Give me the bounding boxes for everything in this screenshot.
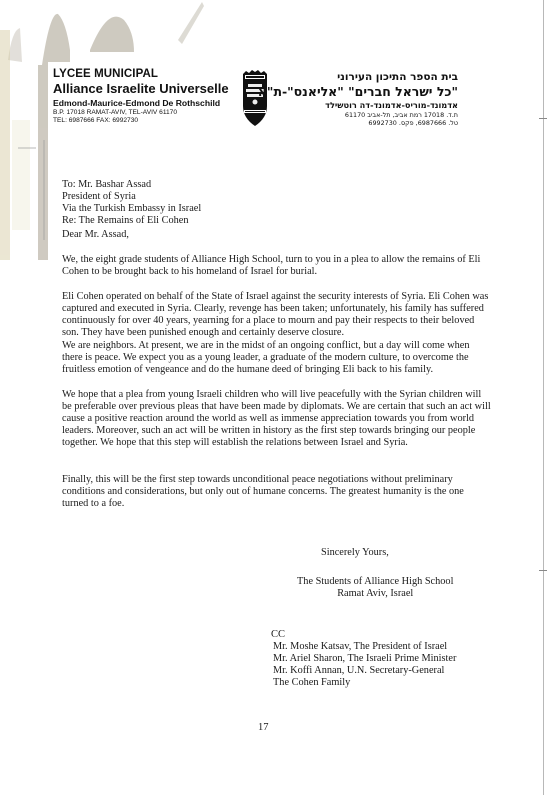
page-number: 17	[258, 722, 269, 734]
cc-recipient: Mr. Moshe Katsav, The President of Israe…	[273, 641, 456, 653]
cc-list: Mr. Moshe Katsav, The President of Israe…	[273, 641, 456, 689]
paragraph-line: turned to a foe.	[62, 498, 464, 510]
school-address: B.P. 17018 RAMAT-AVIV, TEL-AVIV 61170	[53, 109, 229, 117]
recipient-line: President of Syria	[62, 191, 201, 203]
paragraph-line: leaders. Moreover, such an act will be w…	[62, 425, 491, 437]
school-patron: Edmond-Maurice-Edmond De Rothschild	[53, 97, 229, 109]
page-edge-mark	[539, 570, 547, 571]
body-paragraph: We are neighbors. At present, we are in …	[62, 340, 470, 376]
body-paragraph: We hope that a plea from young Israeli c…	[62, 389, 491, 449]
page-edge-mark	[539, 118, 547, 119]
signature-line: Ramat Aviv, Israel	[297, 588, 453, 600]
school-phone: TEL: 6987666 FAX: 6992730	[53, 117, 229, 125]
body-paragraph: Eli Cohen operated on behalf of the Stat…	[62, 291, 488, 339]
school-address-hebrew: ת.ד. 17018 רמת אביב, תל-אביב 61170	[258, 111, 458, 119]
closing: Sincerely Yours,	[321, 547, 389, 559]
school-phone-hebrew: טל. 6987666, פקס. 6992730	[258, 119, 458, 127]
paragraph-line: captured and executed in Syria. Clearly,…	[62, 303, 488, 315]
signature-block: The Students of Alliance High School Ram…	[297, 576, 453, 600]
paragraph-line: together. We hope that this step will es…	[62, 437, 491, 449]
school-name-hebrew: "כל ישראל חברים" "אליאנס"-ת"א	[258, 84, 458, 100]
body-paragraph: Finally, this will be the first step tow…	[62, 474, 464, 510]
paragraph-line: son. They have been punished enough and …	[62, 327, 488, 339]
paragraph-line: there is peace. We expect you as a young…	[62, 352, 470, 364]
paragraph-line: We, the eight grade students of Alliance…	[62, 254, 480, 266]
paragraph-line: Finally, this will be the first step tow…	[62, 474, 464, 486]
paragraph-line: Eli Cohen operated on behalf of the Stat…	[62, 291, 488, 303]
body-paragraph: We, the eight grade students of Alliance…	[62, 254, 480, 278]
paragraph-line: We are neighbors. At present, we are in …	[62, 340, 470, 352]
recipient-block: To: Mr. Bashar Assad President of Syria …	[62, 179, 201, 227]
recipient-line: Via the Turkish Embassy in Israel	[62, 203, 201, 215]
salutation: Dear Mr. Assad,	[62, 229, 129, 241]
paragraph-line: continuously for over 40 years, yearning…	[62, 315, 488, 327]
letterhead-english: LYCEE MUNICIPAL Alliance Israelite Unive…	[53, 67, 229, 125]
letterhead-hebrew: בית הספר התיכון העירוני "כל ישראל חברים"…	[258, 70, 458, 127]
paragraph-line: Cohen to be brought back to his homeland…	[62, 266, 480, 278]
recipient-line: To: Mr. Bashar Assad	[62, 179, 201, 191]
paragraph-line: conditions and considerations, but only …	[62, 486, 464, 498]
cc-recipient: The Cohen Family	[273, 677, 456, 689]
school-type-hebrew: בית הספר התיכון העירוני	[258, 70, 458, 84]
cc-recipient: Mr. Ariel Sharon, The Israeli Prime Mini…	[273, 653, 456, 665]
paragraph-line: We hope that a plea from young Israeli c…	[62, 389, 491, 401]
recipient-line: Re: The Remains of Eli Cohen	[62, 215, 201, 227]
cc-label: CC	[271, 629, 285, 641]
cc-recipient: Mr. Koffi Annan, U.N. Secretary-General	[273, 665, 456, 677]
school-type: LYCEE MUNICIPAL	[53, 67, 229, 81]
school-name: Alliance Israelite Universelle	[53, 81, 229, 97]
paragraph-line: be preferable over previous pleas that h…	[62, 401, 491, 413]
signature-line: The Students of Alliance High School	[297, 576, 453, 588]
page-edge-line	[543, 0, 544, 795]
paragraph-line: fruitless emotion of vengeance and do th…	[62, 364, 470, 376]
paragraph-line: cause a positive reaction around the wor…	[62, 413, 491, 425]
school-patron-hebrew: אדמונד-מוריס-אדמונד-דה רוטשילד	[258, 100, 458, 111]
